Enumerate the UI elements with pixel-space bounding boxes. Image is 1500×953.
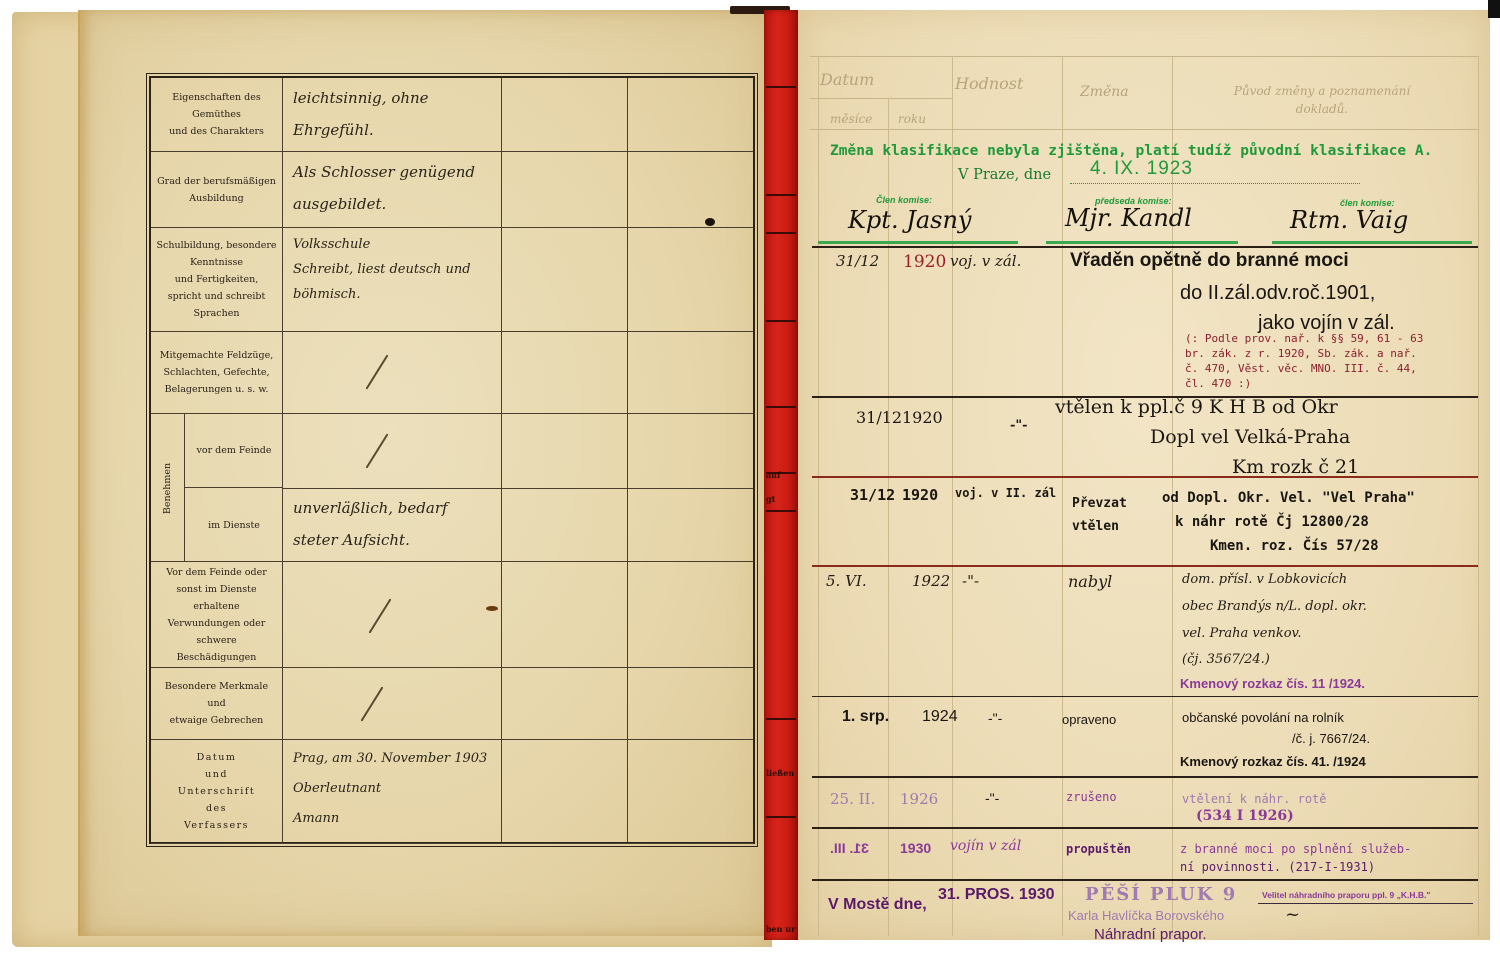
signature-chair: Mjr. Kandl bbox=[1065, 204, 1192, 232]
date-underline bbox=[1070, 183, 1360, 184]
entry-7-detail: z branné moci po splnění služeb- bbox=[1180, 842, 1411, 856]
header-zmena: Změna bbox=[1080, 84, 1129, 100]
row-rule bbox=[812, 565, 1478, 567]
spine-line bbox=[766, 510, 796, 512]
header-hodnost: Hodnost bbox=[955, 74, 1023, 93]
spine-line bbox=[766, 86, 796, 88]
row-label: Grad der berufsmäßigen Ausbildung bbox=[151, 152, 283, 227]
entry-5-rank: -"- bbox=[988, 710, 1002, 726]
spine-line bbox=[766, 718, 796, 720]
entry-5-detail: /č. j. 7667/24. bbox=[1292, 731, 1370, 746]
entry-6-detail: (534 I 1926) bbox=[1196, 808, 1294, 824]
classification-date: 4. IX. 1923 bbox=[1090, 158, 1193, 180]
entry-5-change: opraveno bbox=[1062, 712, 1116, 727]
signature-line bbox=[1046, 241, 1238, 244]
entry-1-year: 1920 bbox=[903, 252, 946, 272]
row-label: Eigenschaften des Gemüthes und des Chara… bbox=[151, 78, 283, 151]
battalion-stamp: Náhradní prapor. bbox=[1094, 926, 1207, 943]
entry-4-rank: -"- bbox=[962, 572, 979, 590]
row-rule bbox=[812, 827, 1478, 829]
header-roku: roku bbox=[898, 112, 926, 126]
entry-6-detail: vtělení k náhr. rotě bbox=[1182, 792, 1327, 806]
row-label: Vor dem Feinde oder sonst im Dienste erh… bbox=[151, 562, 283, 667]
commander-title-stamp: Velitel náhradního praporu ppl. 9 „K.H.B… bbox=[1262, 890, 1430, 900]
table-row: Eigenschaften des Gemüthes und des Chara… bbox=[151, 78, 753, 152]
spine-line bbox=[766, 194, 796, 196]
blank-mark bbox=[369, 599, 392, 634]
entry-7-detail: ní povinnosti. (217-I-1931) bbox=[1180, 860, 1375, 874]
row-entry: unverläßlich, bedarf steter Aufsicht. bbox=[287, 492, 505, 556]
spine-line bbox=[766, 406, 796, 408]
entry-1-date: 31/12 bbox=[836, 252, 879, 270]
row-label: Schulbildung, besondere Kenntnisse und F… bbox=[151, 228, 283, 331]
entry-7-change: propuštěn bbox=[1066, 842, 1131, 856]
row-entry: Volksschule Schreibt, liest deutsch und … bbox=[287, 232, 502, 307]
entry-6-change: zrušeno bbox=[1066, 790, 1117, 804]
entry-6-date: 25. II. bbox=[830, 790, 875, 808]
entry-3-rank: voj. v II. zál bbox=[955, 486, 1056, 500]
header-mesice: měsíce bbox=[830, 112, 872, 126]
table-row: Schulbildung, besondere Kenntnisse und F… bbox=[151, 228, 753, 332]
entry-2-detail: Dopl vel Velká-Praha bbox=[1150, 426, 1350, 448]
entry-1-detail: do II.zál.odv.roč.1901, bbox=[1180, 282, 1375, 305]
benehmen-label-group: Benehmen vor dem Feinde im Dienste bbox=[151, 414, 283, 562]
entry-7-date-stamp-mirrored: 31. III. bbox=[830, 840, 869, 856]
entry-1-rank: voj. v zál. bbox=[950, 252, 1021, 270]
grid-line bbox=[952, 56, 953, 936]
header-datum: Datum bbox=[820, 70, 874, 89]
red-spine: auf gt ließen ben ur bbox=[764, 10, 798, 940]
member-label-left: Člen komise: bbox=[876, 195, 932, 205]
table-row-group: Benehmen vor dem Feinde im Dienste unver… bbox=[151, 414, 753, 562]
entry-7-rank: vojín v zál bbox=[950, 838, 1021, 854]
regiment-name-stamp: Karla Havlíčka Borovského bbox=[1068, 908, 1224, 923]
grid-line bbox=[810, 129, 1478, 130]
entry-4-detail: obec Brandýs n/L. dopl. okr. bbox=[1182, 599, 1367, 614]
row-entry: Prag, am 30. November 1903 Oberleutnant … bbox=[287, 744, 507, 834]
header-puvod: Původ změny a poznamenání dokladů. bbox=[1182, 82, 1462, 118]
entry-2-year: 1920 bbox=[902, 408, 943, 427]
blank-mark bbox=[361, 687, 384, 722]
entry-5-year: 1924 bbox=[922, 708, 958, 726]
blank-mark bbox=[366, 355, 389, 390]
closing-date: 31. PROS. 1930 bbox=[938, 886, 1055, 904]
spine-line bbox=[766, 320, 796, 322]
classification-stamp-text: Změna klasifikace nebyla zjištěna, platí… bbox=[830, 143, 1432, 159]
blank-mark bbox=[366, 434, 389, 469]
entry-5-detail: občanské povolání na rolník bbox=[1182, 710, 1344, 725]
entry-7-year: 1930 bbox=[900, 840, 931, 856]
grid-line bbox=[1062, 56, 1063, 936]
grid-line bbox=[810, 98, 952, 99]
commander-signature: ~ bbox=[1285, 904, 1300, 925]
entry-3-detail: Kmen. roz. Čís 57/28 bbox=[1210, 538, 1379, 554]
entry-3-date: 31/12 bbox=[850, 486, 895, 504]
sub-row-label: vor dem Feinde bbox=[185, 414, 283, 488]
entry-3-change: Převzat vtělen bbox=[1072, 492, 1127, 538]
classification-place: V Praze, dne bbox=[958, 167, 1051, 183]
table-row: Datum und Unterschrift des Verfassers Pr… bbox=[151, 740, 753, 844]
spine-text: ben ur bbox=[766, 924, 795, 934]
benehmen-label: Benehmen bbox=[151, 414, 185, 562]
grid-line bbox=[818, 56, 819, 936]
page-edge-shadow bbox=[1488, 0, 1500, 18]
spine-text: ließen bbox=[766, 768, 794, 778]
entry-4-year: 1922 bbox=[912, 572, 950, 590]
entry-2-detail: Km rozk č 21 bbox=[1232, 456, 1359, 478]
entry-4-change: nabyl bbox=[1068, 572, 1112, 591]
spine-line bbox=[766, 232, 796, 234]
closing-place: V Mostě dne, bbox=[828, 896, 927, 914]
signature-member-right: Rtm. Vaig bbox=[1290, 206, 1408, 234]
entry-4-order-stamp: Kmenový rozkaz čís. 11 /1924. bbox=[1180, 676, 1365, 691]
table-row: Vor dem Feinde oder sonst im Dienste erh… bbox=[151, 562, 753, 668]
spine-line bbox=[766, 816, 796, 818]
row-rule bbox=[812, 696, 1478, 697]
row-entry: leichtsinnig, ohne Ehrgefühl. bbox=[287, 82, 502, 146]
entry-5-order-stamp: Kmenový rozkaz čís. 41. /1924 bbox=[1180, 754, 1366, 769]
table-row: Grad der berufsmäßigen Ausbildung Als Sc… bbox=[151, 152, 753, 228]
row-label: Datum und Unterschrift des Verfassers bbox=[151, 740, 283, 843]
spine-text: auf bbox=[766, 470, 780, 480]
entry-6-year: 1926 bbox=[900, 790, 938, 808]
entry-5-date: 1. srp. bbox=[842, 708, 889, 726]
entry-6-rank: -"- bbox=[985, 790, 999, 806]
grid-line bbox=[1478, 56, 1479, 936]
entry-2-date: 31/12 bbox=[856, 408, 902, 427]
row-label: Besondere Merkmale und etwaige Gebrechen bbox=[151, 668, 283, 739]
row-rule bbox=[812, 476, 1478, 478]
ink-blot bbox=[486, 606, 498, 611]
signature-line bbox=[818, 241, 1018, 244]
entry-2-rank: -"- bbox=[1010, 418, 1028, 433]
table-row: Mitgemachte Feldzüge, Schlachten, Gefech… bbox=[151, 332, 753, 414]
entry-3-detail: k náhr rotě Čj 12800/28 bbox=[1175, 514, 1369, 530]
row-entry: Als Schlosser genügend ausgebildet. bbox=[287, 156, 502, 220]
grid-line bbox=[810, 56, 1478, 57]
entry-3-year: 1920 bbox=[902, 486, 938, 504]
row-divider bbox=[283, 488, 753, 489]
spine-text: gt bbox=[766, 494, 775, 504]
row-rule bbox=[812, 246, 1478, 248]
signature-member-left: Kpt. Jasný bbox=[848, 206, 971, 234]
regiment-stamp: PĚŠÍ PLUK 9 bbox=[1085, 884, 1237, 905]
sub-row-label: im Dienste bbox=[185, 488, 283, 562]
entry-4-date: 5. VI. bbox=[826, 572, 867, 590]
qualification-table: Eigenschaften des Gemüthes und des Chara… bbox=[149, 76, 755, 844]
entry-1-change: Vřaděn opětně do branné moci bbox=[1070, 250, 1349, 272]
row-rule bbox=[812, 879, 1478, 881]
entry-3-detail: od Dopl. Okr. Vel. "Vel Praha" bbox=[1162, 490, 1415, 506]
row-label: Mitgemachte Feldzüge, Schlachten, Gefech… bbox=[151, 332, 283, 413]
entry-1-note: (: Podle prov. nař. k §§ 59, 61 - 63 br.… bbox=[1185, 331, 1423, 391]
row-rule bbox=[812, 776, 1478, 778]
entry-4-detail: dom. přísl. v Lobkovicích bbox=[1182, 572, 1347, 587]
entry-2-change: vtělen k ppl.č 9 K H B od Okr bbox=[1055, 396, 1338, 418]
signature-line bbox=[1272, 241, 1472, 244]
ink-blot bbox=[705, 218, 715, 226]
table-row: Besondere Merkmale und etwaige Gebrechen bbox=[151, 668, 753, 740]
entry-4-detail: (čj. 3567/24.) bbox=[1182, 652, 1270, 667]
entry-4-detail: vel. Praha venkov. bbox=[1182, 626, 1301, 641]
